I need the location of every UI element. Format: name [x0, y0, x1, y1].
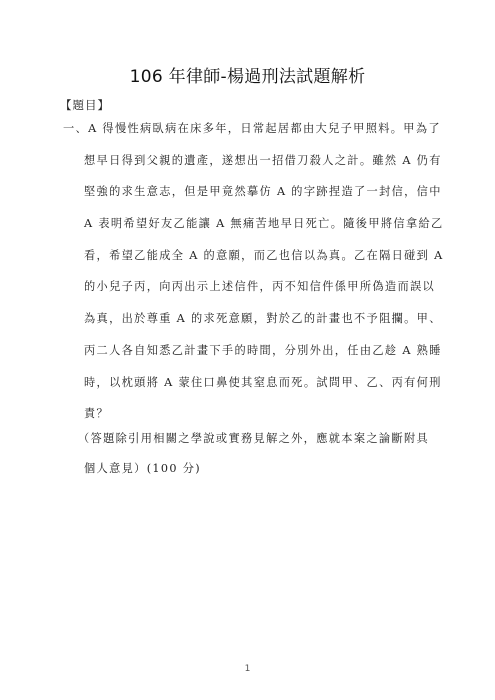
page-number: 1 — [0, 664, 495, 674]
question-line: 為真，出於尊重 A 的求死意願，對於乙的計畫也不予阻攔。甲、 — [84, 311, 443, 343]
question-line: 想早日得到父親的遺產，遂想出一招借刀殺人之計。雖然 A 仍有 — [84, 153, 443, 185]
instruction-line: 個人意見）(100 分) — [84, 461, 458, 491]
document-title: 106 年律師-楊過刑法試題解析 — [0, 62, 495, 87]
answer-instructions: （答題除引用相關之學說或實務見解之外，應就本案之論斷附具 個人意見）(100 分… — [78, 431, 458, 491]
section-label-question: 【題目】 — [60, 97, 110, 113]
document-page: 106 年律師-楊過刑法試題解析 【題目】 一、A 得慢性病臥病在床多年，日常起… — [0, 0, 495, 700]
question-line: 時，以枕頭將 A 蒙住口鼻使其窒息而死。試問甲、乙、丙有何刑 — [84, 375, 443, 407]
question-line: 丙二人各自知悉乙計畫下手的時間，分別外出，任由乙趁 A 熟睡 — [84, 343, 443, 375]
question-line: A 表明希望好友乙能讓 A 無痛苦地早日死亡。隨後甲將信拿給乙 — [84, 216, 443, 248]
question-line: 看，希望乙能成全 A 的意願，而乙也信以為真。乙在隔日碰到 A — [84, 248, 443, 280]
question-line: 堅強的求生意志，但是甲竟然摹仿 A 的字跡捏造了一封信，信中 — [84, 184, 443, 216]
question-line: 的小兒子丙，向丙出示上述信件，丙不知信件係甲所偽造而誤以 — [84, 279, 443, 311]
question-line: 一、A 得慢性病臥病在床多年，日常起居都由大兒子甲照料。甲為了 — [63, 121, 443, 153]
instruction-line: （答題除引用相關之學說或實務見解之外，應就本案之論斷附具 — [78, 431, 458, 461]
question-body: 一、A 得慢性病臥病在床多年，日常起居都由大兒子甲照料。甲為了 想早日得到父親的… — [63, 121, 443, 438]
